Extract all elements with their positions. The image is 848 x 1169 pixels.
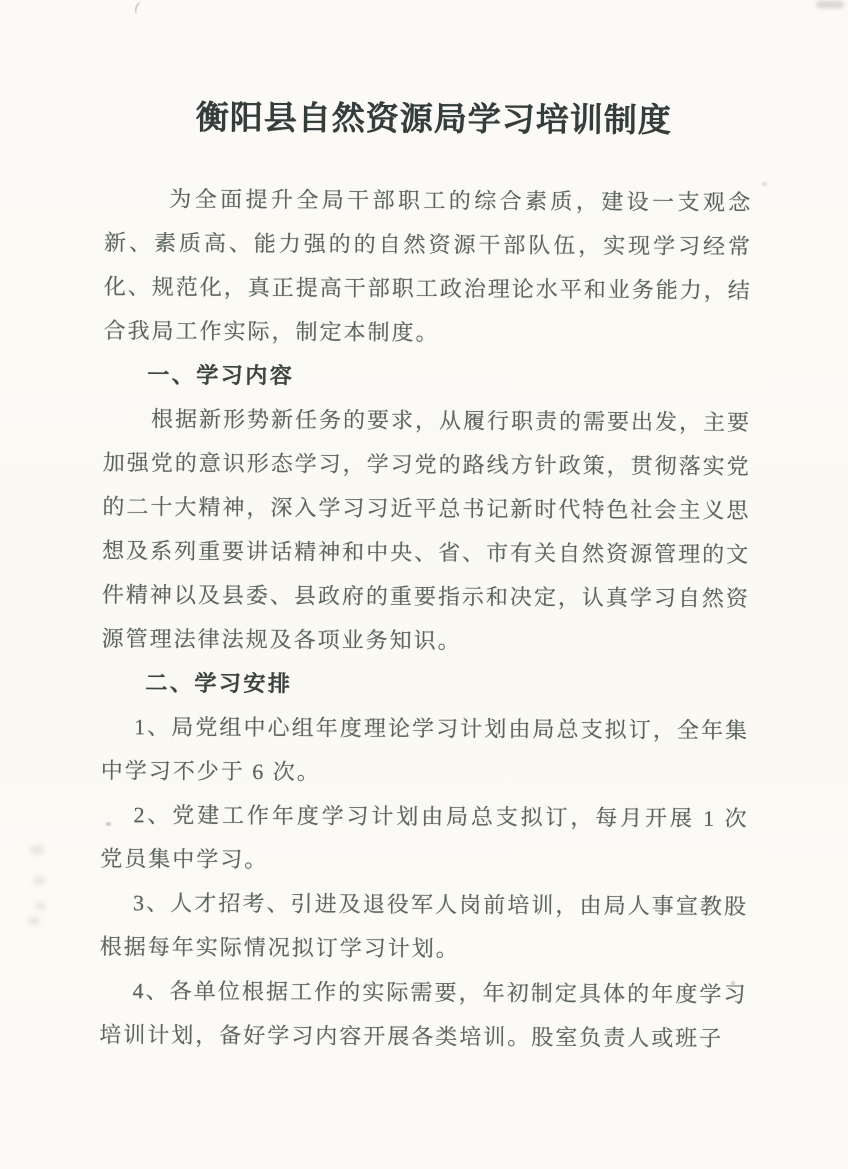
section-heading-study-arrangement: 二、学习安排 bbox=[101, 661, 749, 709]
numbered-item-1: 1、局党组中心组年度理论学习计划由局总支拟订，全年集中学习不少于 6 次。 bbox=[101, 705, 750, 797]
paragraph-study-content: 根据新形势新任务的要求，从履行职责的需要出发，主要加强党的意识形态学习，学习党的… bbox=[102, 397, 752, 665]
numbered-item-3: 3、人才招考、引进及退役军人岗前培训，由局人事宣教股根据每年实际情况拟订学习计划… bbox=[100, 881, 749, 973]
document-content: 衡阳县自然资源局学习培训制度 为全面提升全局干部职工的综合素质，建设一支观念新、… bbox=[0, 0, 848, 1169]
document-title: 衡阳县自然资源局学习培训制度 bbox=[110, 94, 758, 144]
document-body: 为全面提升全局干部职工的综合素质，建设一支观念新、素质高、能力强的的自然资源干部… bbox=[99, 177, 752, 1061]
section-heading-study-content: 一、学习内容 bbox=[103, 353, 751, 401]
paragraph-intro: 为全面提升全局干部职工的综合素质，建设一支观念新、素质高、能力强的的自然资源干部… bbox=[103, 177, 752, 357]
numbered-item-2: 2、党建工作年度学习计划由局总支拟订，每月开展 1 次党员集中学习。 bbox=[100, 793, 749, 885]
numbered-item-4: 4、各单位根据工作的实际需要，年初制定具体的年度学习培训计划，备好学习内容开展各… bbox=[99, 969, 748, 1061]
document-page: 衡阳县自然资源局学习培训制度 为全面提升全局干部职工的综合素质，建设一支观念新、… bbox=[0, 0, 848, 1169]
